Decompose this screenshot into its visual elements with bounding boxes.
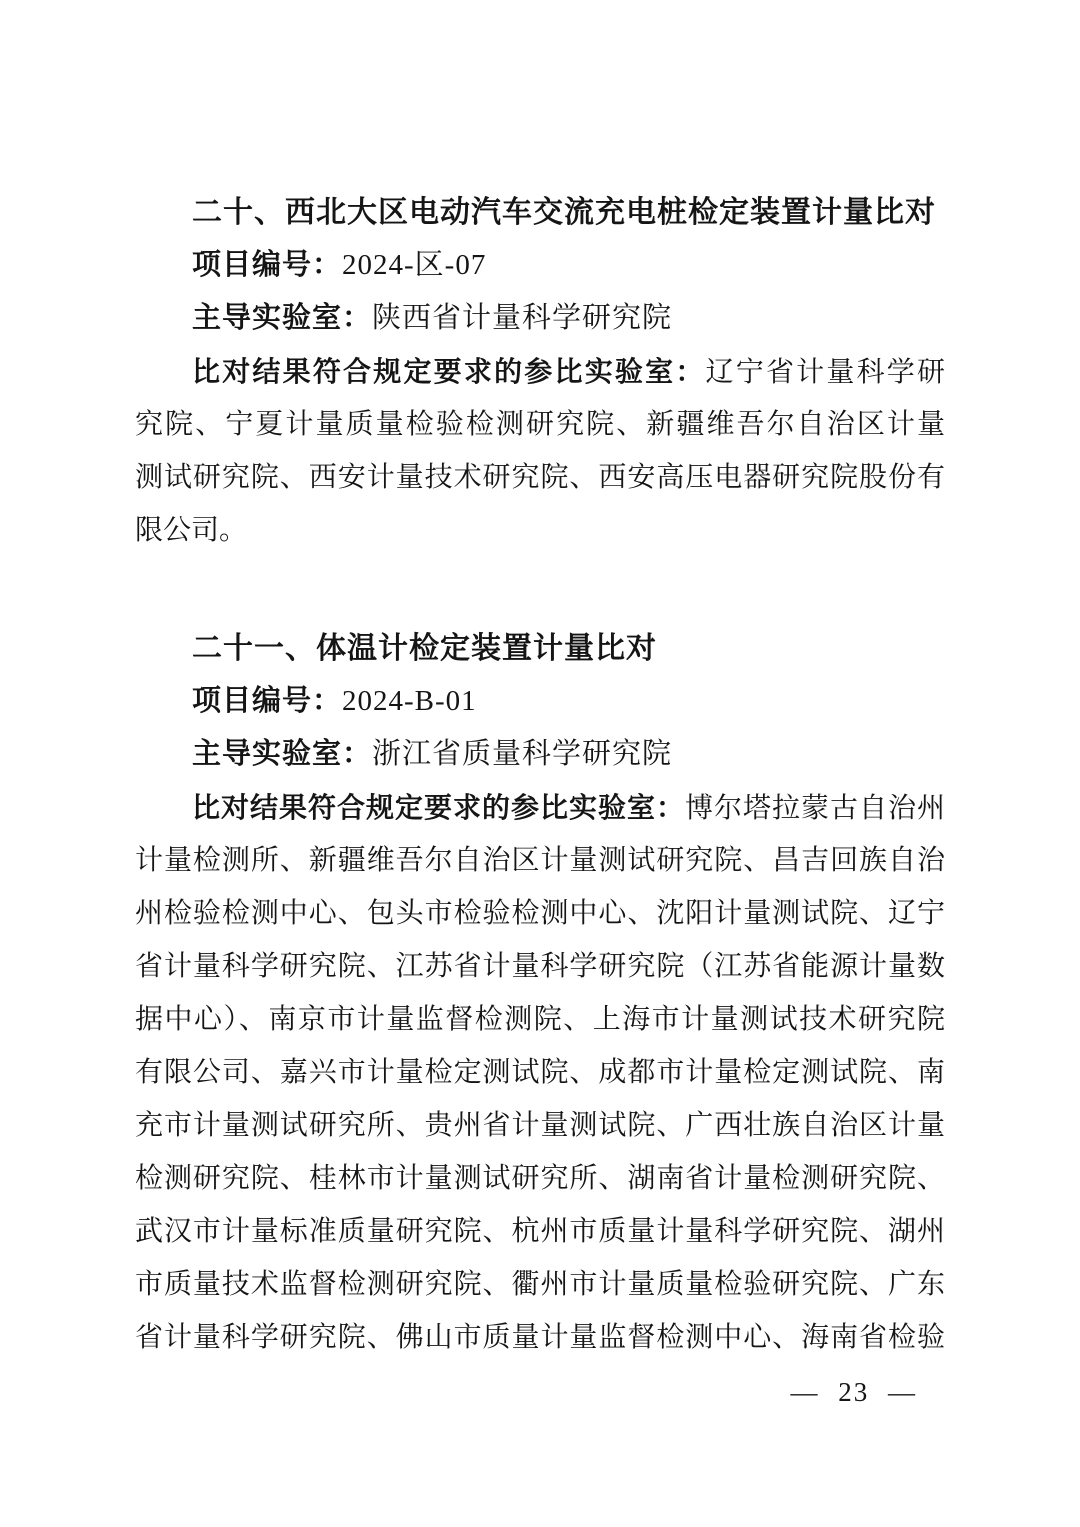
result-paragraph-line: 检测研究院、桂林市计量测试研究所、湖南省计量检测研究院、 — [135, 1152, 945, 1205]
page-number: — 23 — — [791, 1372, 918, 1412]
result-paragraph-line: 武汉市计量标准质量研究院、杭州市质量计量科学研究院、湖州 — [135, 1205, 945, 1258]
project-number-value: 2024-区-07 — [342, 249, 486, 281]
result-paragraph-line: 比对结果符合规定要求的参比实验室：博尔塔拉蒙古自治州 — [135, 781, 945, 834]
section-21-lead-lab-line: 主导实验室：浙江省质量科学研究院 — [135, 728, 945, 781]
result-paragraph-line: 有限公司、嘉兴市计量检定测试院、成都市计量检定测试院、南 — [135, 1046, 945, 1099]
result-paragraph-line: 究院、宁夏计量质量检验检测研究院、新疆维吾尔自治区计量 — [135, 398, 945, 451]
result-text: 辽宁省计量科学研 — [706, 357, 945, 388]
result-paragraph-line: 据中心）、南京市计量监督检测院、上海市计量测试技术研究院 — [135, 993, 945, 1046]
section-21: 二十一、体温计检定装置计量比对 项目编号：2024-B-01 主导实验室：浙江省… — [135, 622, 945, 1364]
project-number-value: 2024-B-01 — [342, 685, 477, 717]
lead-lab-label: 主导实验室： — [192, 302, 372, 334]
section-20: 二十、西北大区电动汽车交流充电桩检定装置计量比对 项目编号：2024-区-07 … — [135, 186, 945, 557]
document-body: 二十、西北大区电动汽车交流充电桩检定装置计量比对 项目编号：2024-区-07 … — [135, 186, 945, 1364]
section-20-title: 二十、西北大区电动汽车交流充电桩检定装置计量比对 — [135, 186, 945, 239]
result-paragraph-line: 省计量科学研究院、江苏省计量科学研究院（江苏省能源计量数 — [135, 940, 945, 993]
result-paragraph-line: 市质量技术监督检测研究院、衢州市计量质量检验研究院、广东 — [135, 1258, 945, 1311]
result-paragraph-line: 限公司。 — [135, 504, 945, 557]
project-number-label: 项目编号： — [192, 685, 342, 717]
result-label: 比对结果符合规定要求的参比实验室： — [192, 792, 685, 823]
lead-lab-value: 浙江省质量科学研究院 — [372, 738, 672, 770]
section-20-project-number-line: 项目编号：2024-区-07 — [135, 239, 945, 292]
section-21-title: 二十一、体温计检定装置计量比对 — [135, 622, 945, 675]
lead-lab-label: 主导实验室： — [192, 738, 372, 770]
project-number-label: 项目编号： — [192, 249, 342, 281]
result-label: 比对结果符合规定要求的参比实验室： — [192, 356, 706, 387]
result-paragraph-line: 充市计量测试研究所、贵州省计量测试院、广西壮族自治区计量 — [135, 1099, 945, 1152]
result-text: 博尔塔拉蒙古自治州 — [685, 793, 945, 824]
result-paragraph-line: 州检验检测中心、包头市检验检测中心、沈阳计量测试院、辽宁 — [135, 887, 945, 940]
lead-lab-value: 陕西省计量科学研究院 — [372, 302, 672, 334]
section-21-project-number-line: 项目编号：2024-B-01 — [135, 675, 945, 728]
result-paragraph-line: 省计量科学研究院、佛山市质量计量监督检测中心、海南省检验 — [135, 1311, 945, 1364]
result-paragraph-line: 计量检测所、新疆维吾尔自治区计量测试研究院、昌吉回族自治 — [135, 834, 945, 887]
section-gap — [135, 557, 945, 622]
section-20-lead-lab-line: 主导实验室：陕西省计量科学研究院 — [135, 292, 945, 345]
document-page: 二十、西北大区电动汽车交流充电桩检定装置计量比对 项目编号：2024-区-07 … — [0, 0, 1080, 1527]
section-20-result-paragraph: 比对结果符合规定要求的参比实验室：辽宁省计量科学研 究院、宁夏计量质量检验检测研… — [135, 345, 945, 557]
result-paragraph-line: 测试研究院、西安计量技术研究院、西安高压电器研究院股份有 — [135, 451, 945, 504]
section-21-result-paragraph: 比对结果符合规定要求的参比实验室：博尔塔拉蒙古自治州 计量检测所、新疆维吾尔自治… — [135, 781, 945, 1364]
result-paragraph-line: 比对结果符合规定要求的参比实验室：辽宁省计量科学研 — [135, 345, 945, 398]
